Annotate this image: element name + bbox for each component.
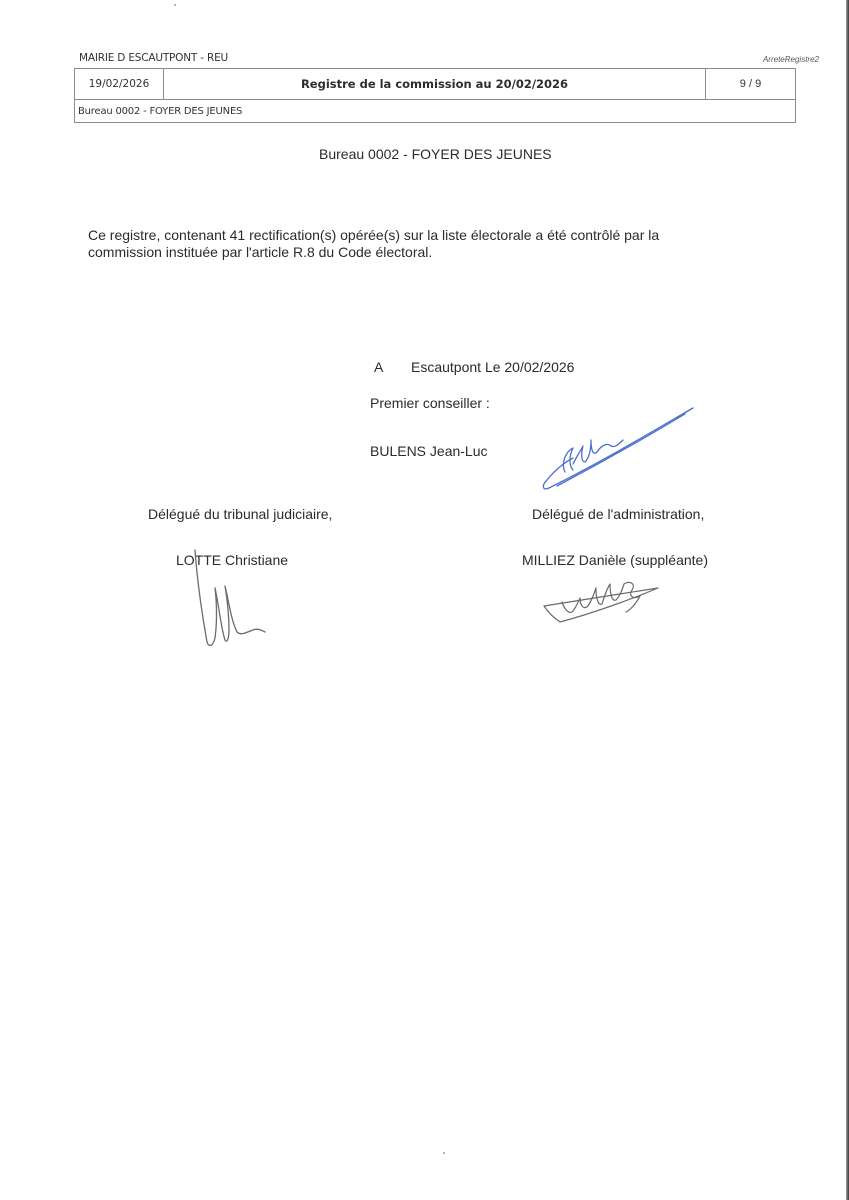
signature-tribunal-delegate-icon (185, 548, 285, 653)
place-prefix: A (374, 359, 383, 375)
print-date: 19/02/2026 (75, 69, 164, 99)
bureau-heading: Bureau 0002 - FOYER DES JEUNES (319, 146, 552, 162)
administration-delegate-name: MILLIEZ Danièle (suppléante) (522, 552, 708, 568)
paragraph-line-1: Ce registre, contenant 41 rectification(… (88, 227, 659, 244)
tribunal-delegate-role: Délégué du tribunal judiciaire, (148, 506, 332, 522)
page-indicator: 9 / 9 (706, 69, 795, 99)
place-and-date: Escautpont Le 20/02/2026 (411, 359, 574, 375)
organization-label: MAIRIE D ESCAUTPONT - REU (79, 52, 228, 64)
signature-administration-delegate-icon (540, 578, 665, 628)
document-title: Registre de la commission au 20/02/2026 (164, 69, 706, 99)
signature-premier-conseiller-icon (535, 400, 700, 500)
paragraph-line-2: commission instituée par l'article R.8 d… (88, 244, 659, 261)
control-paragraph: Ce registre, contenant 41 rectification(… (88, 227, 659, 261)
header-table: 19/02/2026 Registre de la commission au … (74, 68, 796, 123)
document-code: ArreteRegistre2 (763, 55, 819, 64)
premier-conseiller-label: Premier conseiller : (370, 395, 490, 411)
scan-speck (174, 4, 176, 6)
header-row-main: 19/02/2026 Registre de la commission au … (75, 69, 795, 100)
header-bureau: Bureau 0002 - FOYER DES JEUNES (75, 100, 795, 122)
scan-speck (443, 1152, 445, 1154)
premier-conseiller-name: BULENS Jean-Luc (370, 443, 488, 459)
administration-delegate-role: Délégué de l'administration, (532, 506, 704, 522)
